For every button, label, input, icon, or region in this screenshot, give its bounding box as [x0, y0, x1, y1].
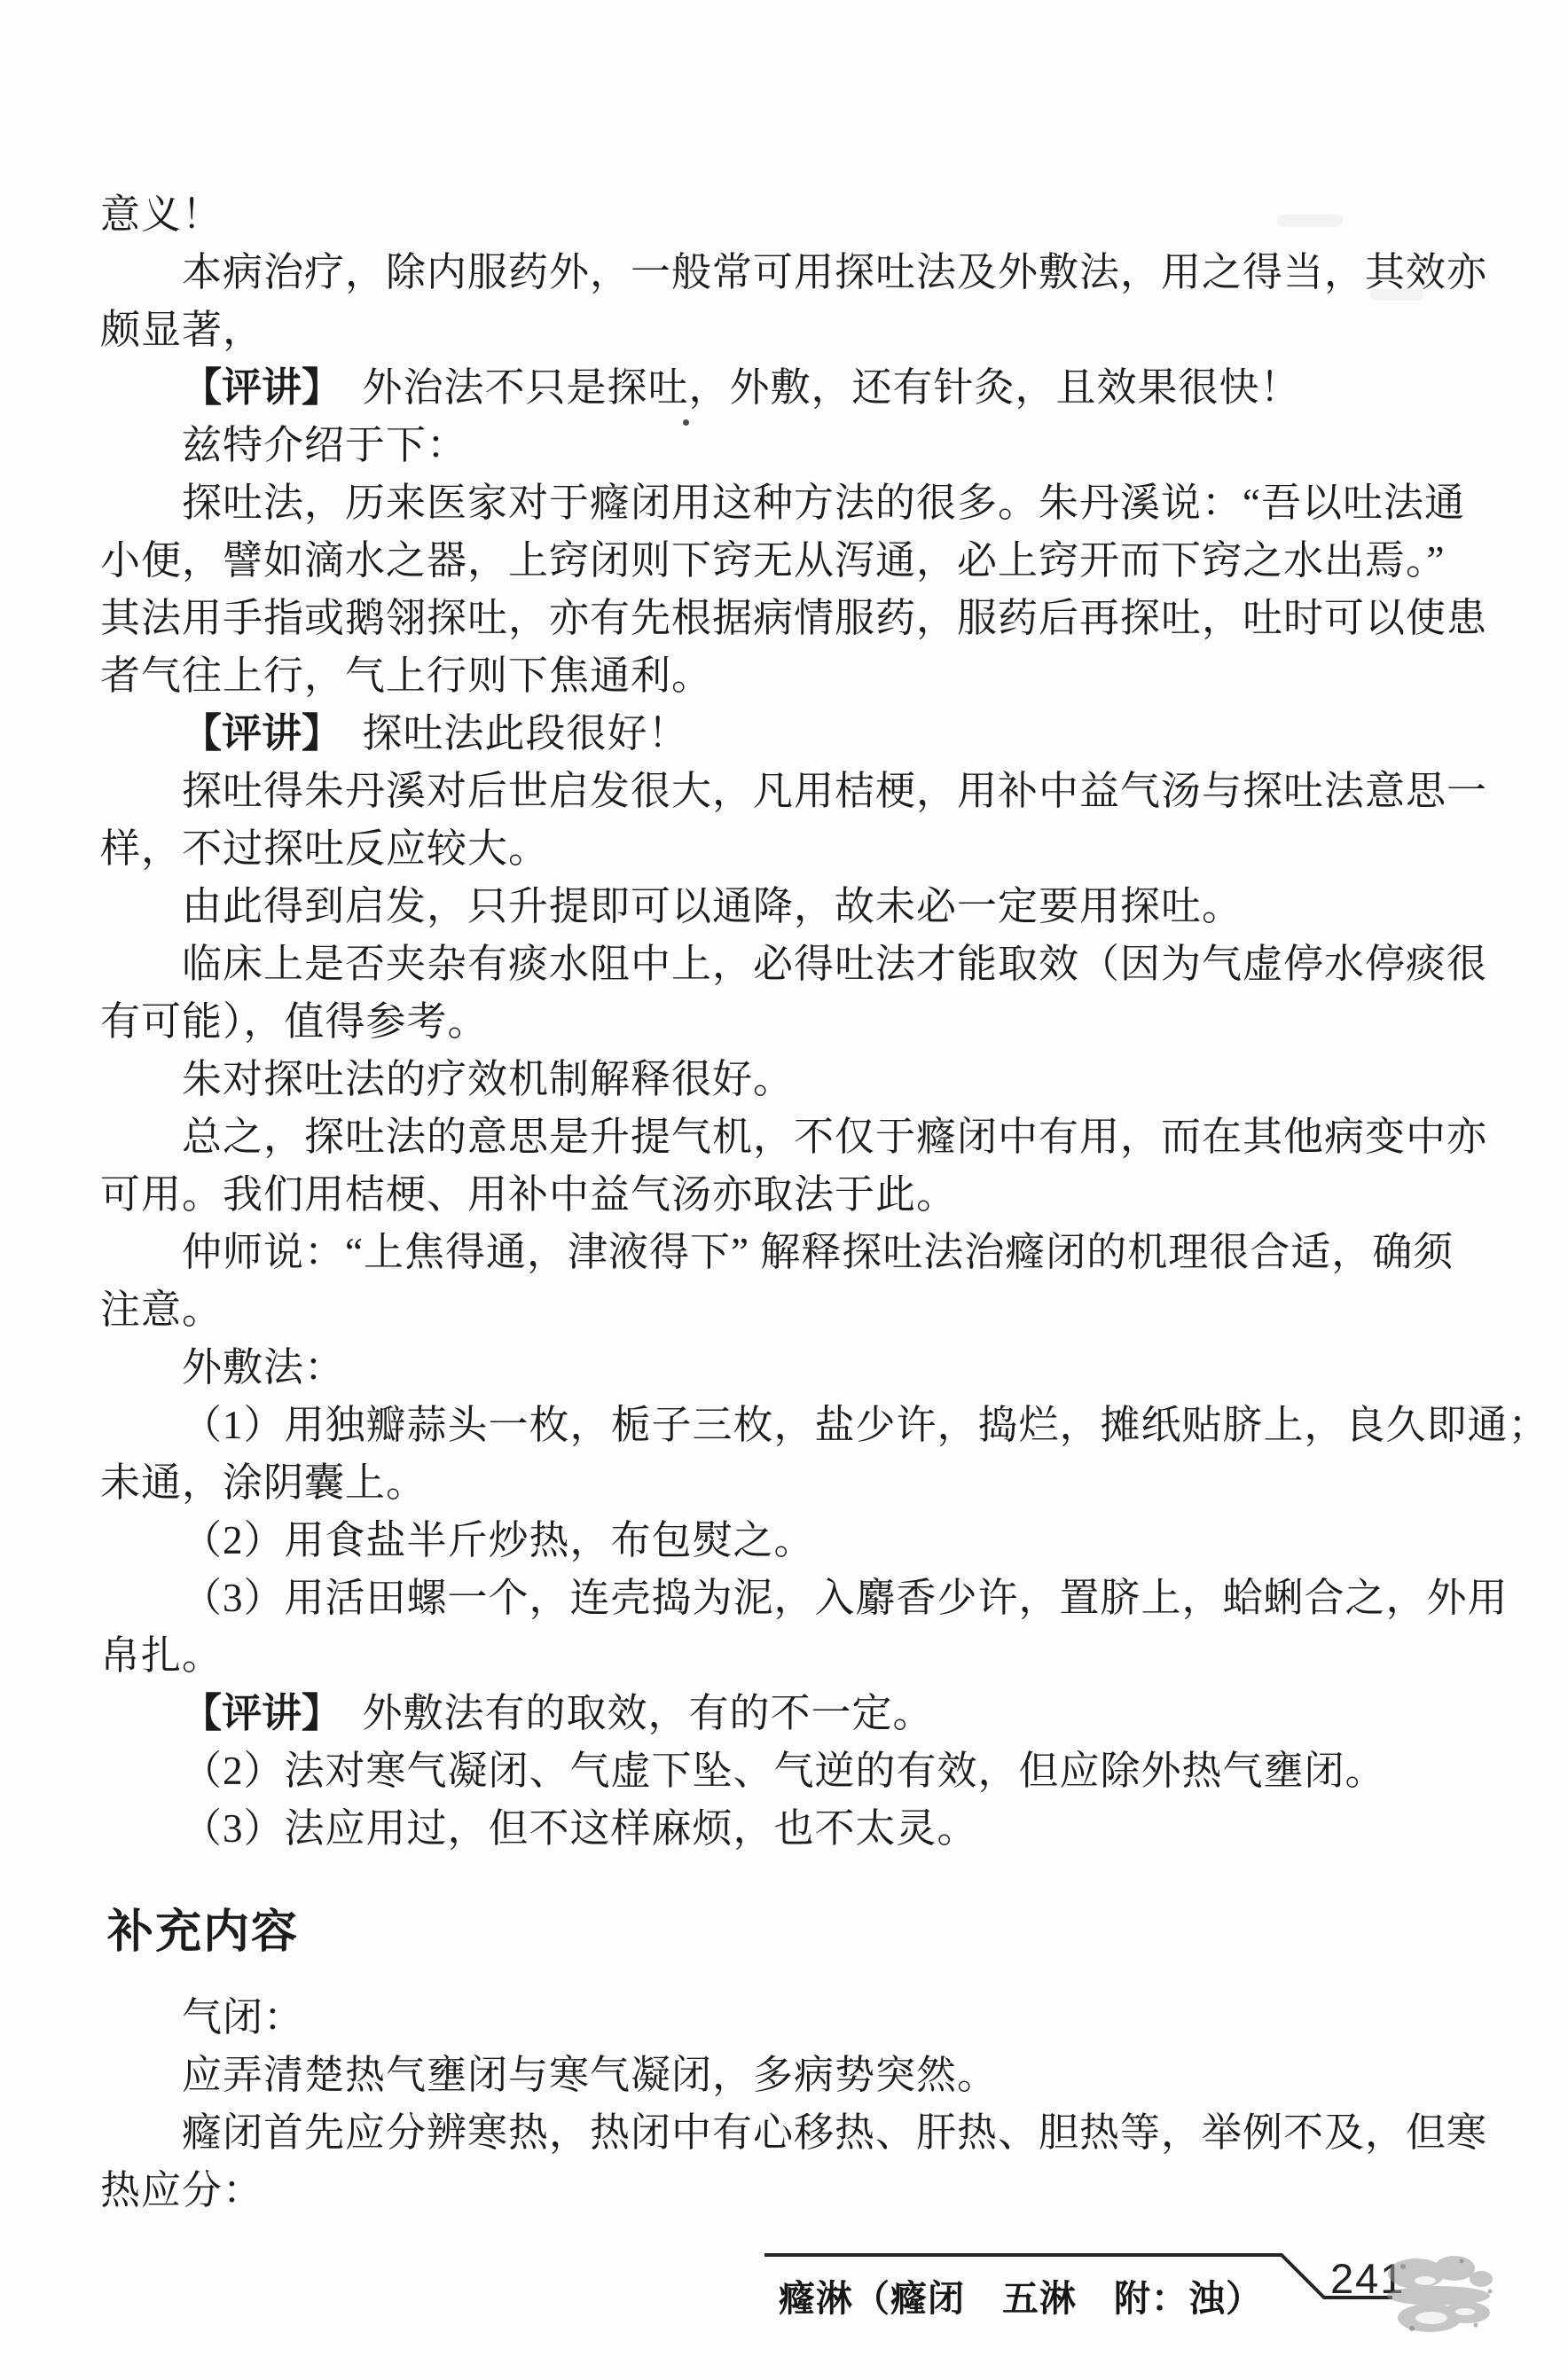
text-line: 【评讲】 探吐法此段很好！: [100, 705, 1473, 763]
ink-smudge-stamp-icon: [1376, 2247, 1509, 2345]
text-line: 【评讲】 外敷法有的取效，有的不一定。: [100, 1685, 1473, 1742]
text-block: 意义！本病治疗，除内服药外，一般常可用探吐法及外敷法，用之得当，其效亦颇显著，【…: [100, 186, 1473, 2220]
text-line: （2）法对寒气凝闭、气虚下坠、气逆的有效，但应除外热气壅闭。: [100, 1742, 1473, 1800]
text-line: 热应分：: [100, 2162, 1473, 2220]
scan-dot-artifact: [683, 419, 689, 426]
text-line: 小便，譬如滴水之器，上窍闭则下窍无从泻通，必上窍开而下窍之水出焉。”: [100, 532, 1473, 590]
text-line: 总之，探吐法的意思是升提气机，不仅于癃闭中有用，而在其他病变中亦: [100, 1108, 1473, 1166]
text-line: 注意。: [100, 1281, 1473, 1339]
text-line: 本病治疗，除内服药外，一般常可用探吐法及外敷法，用之得当，其效亦: [100, 244, 1473, 301]
comment-marker: 【评讲】: [182, 365, 322, 410]
text-line: 帛扎。: [100, 1627, 1473, 1685]
book-page: 意义！本病治疗，除内服药外，一般常可用探吐法及外敷法，用之得当，其效亦颇显著，【…: [0, 0, 1568, 2380]
scan-smudge-artifact: [1277, 215, 1343, 227]
text-line: 外敷法：: [100, 1339, 1473, 1397]
text-line: 意义！: [100, 186, 1473, 244]
text-line: 探吐得朱丹溪对后世启发很大，凡用桔梗，用补中益气汤与探吐法意思一: [100, 763, 1473, 820]
text-line: 癃闭首先应分辨寒热，热闭中有心移热、肝热、胆热等，举例不及，但寒: [100, 2104, 1473, 2162]
text-line: 仲师说：“上焦得通，津液得下” 解释探吐法治癃闭的机理很合适，确须: [100, 1224, 1473, 1281]
footer-chapter-title: 癃淋（癃闭 五淋 附：浊）: [779, 2269, 1263, 2321]
text-line: 兹特介绍于下：: [100, 417, 1473, 474]
text-line: （2）用食盐半斤炒热，布包熨之。: [100, 1512, 1473, 1570]
text-line: （3）用活田螺一个，连壳捣为泥，入麝香少许，置脐上，蛤蜊合之，外用: [100, 1570, 1473, 1627]
text-line: 颇显著，: [100, 301, 1473, 359]
comment-marker: 【评讲】: [182, 711, 322, 755]
text-line: 朱对探吐法的疗效机制解释很好。: [100, 1051, 1473, 1108]
text-line: 探吐法，历来医家对于癃闭用这种方法的很多。朱丹溪说：“吾以吐法通: [100, 474, 1473, 532]
text-line: 者气往上行，气上行则下焦通利。: [100, 647, 1473, 705]
text-line: 样，不过探吐反应较大。: [100, 820, 1473, 878]
section-heading: 补充内容: [100, 1904, 1473, 1962]
text-line: 临床上是否夹杂有痰水阻中上，必得吐法才能取效（因为气虚停水停痰很: [100, 936, 1473, 993]
text-line: 可用。我们用桔梗、用补中益气汤亦取法于此。: [100, 1166, 1473, 1224]
text-line: （1）用独瓣蒜头一枚，栀子三枚，盐少许，捣烂，摊纸贴脐上，良久即通；: [100, 1397, 1473, 1454]
text-line: 【评讲】 外治法不只是探吐，外敷，还有针灸，且效果很快！: [100, 359, 1473, 417]
text-line: 未通，涂阴囊上。: [100, 1454, 1473, 1512]
comment-marker: 【评讲】: [182, 1691, 322, 1735]
text-line: 其法用手指或鹅翎探吐，亦有先根据病情服药，服药后再探吐，吐时可以使患: [100, 590, 1473, 647]
scan-smudge-artifact: [1370, 289, 1423, 301]
text-line: 有可能），值得参考。: [100, 993, 1473, 1051]
text-line: 由此得到启发，只升提即可以通降，故未必一定要用探吐。: [100, 878, 1473, 936]
text-line: 气闭：: [100, 1989, 1473, 2047]
text-line: （3）法应用过，但不这样麻烦，也不太灵。: [100, 1800, 1473, 1858]
text-line: 应弄清楚热气壅闭与寒气凝闭，多病势突然。: [100, 2047, 1473, 2104]
